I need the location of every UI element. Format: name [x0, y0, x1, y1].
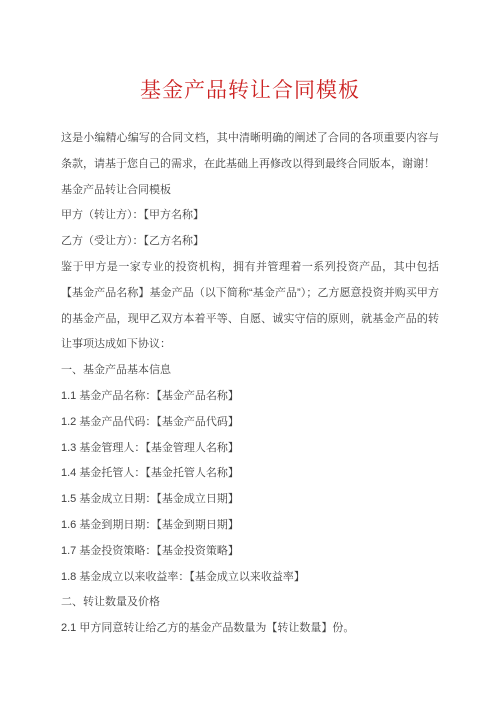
- document-body: 基金产品转让合同模板 这是小编精心编写的合同文档，其中清晰明确的阐述了合同的各项…: [0, 76, 500, 642]
- clause-1-4: 1.4 基金托管人：【基金托管人名称】: [61, 461, 439, 487]
- section-heading-2: 二、转让数量及价格: [61, 590, 439, 616]
- paragraph-subtitle: 基金产品转让合同模板: [61, 178, 439, 204]
- paragraph-party-b: 乙方（受让方）：【乙方名称】: [61, 229, 439, 255]
- section-heading-1: 一、基金产品基本信息: [61, 358, 439, 384]
- clause-1-5: 1.5 基金成立日期：【基金成立日期】: [61, 487, 439, 513]
- paragraph-preamble: 鉴于甲方是一家专业的投资机构，拥有并管理着一系列投资产品，其中包括【基金产品名称…: [61, 255, 439, 358]
- clause-1-3: 1.3 基金管理人：【基金管理人名称】: [61, 436, 439, 462]
- clause-1-8: 1.8 基金成立以来收益率：【基金成立以来收益率】: [61, 565, 439, 591]
- paragraph-party-a: 甲方（转让方）：【甲方名称】: [61, 203, 439, 229]
- clause-1-6: 1.6 基金到期日期：【基金到期日期】: [61, 513, 439, 539]
- document-title: 基金产品转让合同模板: [61, 76, 439, 106]
- clause-1-1: 1.1 基金产品名称：【基金产品名称】: [61, 384, 439, 410]
- clause-1-2: 1.2 基金产品代码：【基金产品代码】: [61, 410, 439, 436]
- paragraph-intro: 这是小编精心编写的合同文档，其中清晰明确的阐述了合同的各项重要内容与条款，请基于…: [61, 126, 439, 178]
- clause-1-7: 1.7 基金投资策略：【基金投资策略】: [61, 539, 439, 565]
- clause-2-1: 2.1 甲方同意转让给乙方的基金产品数量为【转让数量】份。: [61, 616, 439, 642]
- document-page: 基金产品转让合同模板 这是小编精心编写的合同文档，其中清晰明确的阐述了合同的各项…: [0, 0, 500, 707]
